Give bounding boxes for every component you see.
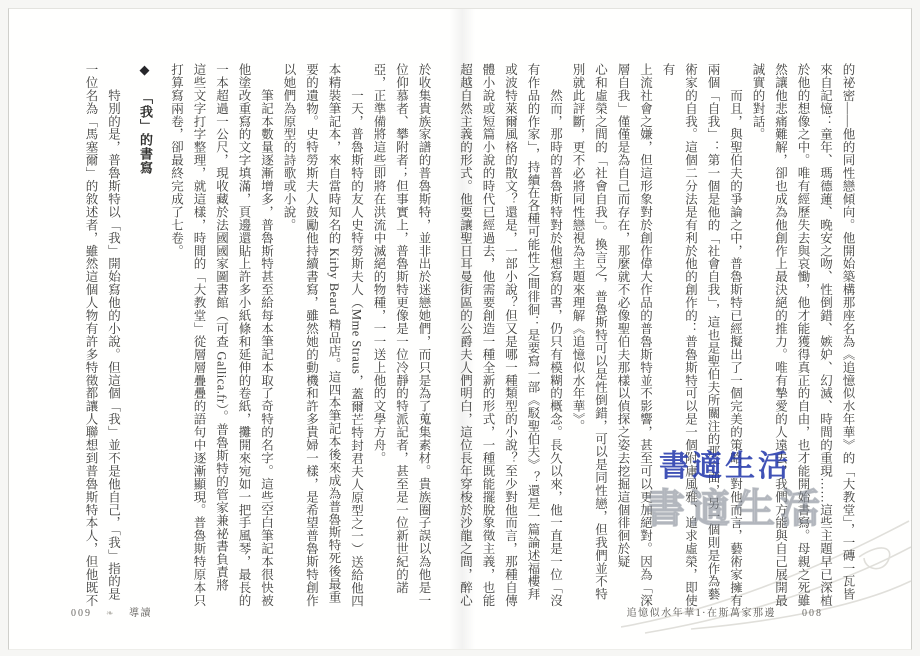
text-column: 以她們為原型的詩歌或小說。 [278, 63, 301, 611]
text-column: 打算寫兩卷，卻最終完成了七卷。 [165, 63, 188, 611]
fleuron-icon: ❧ [106, 608, 115, 618]
text-column: 超越自然主義的形式。他要讓聖日耳曼街區的公爵夫人們明白，這位長年穿梭於沙龍之間，… [454, 63, 477, 611]
left-page-number: 009 [71, 608, 92, 619]
text-column: 心和虛榮之間的「社會自我」。換言之，普魯斯特可以是性倒錯，可以是同性戀，但我們並… [589, 63, 612, 611]
book-title: 追憶似水年華1·在斯萬家那邊 [627, 608, 776, 619]
right-footer: 追憶似水年華1·在斯萬家那邊008 [627, 604, 823, 619]
text-column: 然而，那時的普魯斯特對於他想寫的書，仍只有模糊的概念。長久以來，他一直是一位「沒 [544, 63, 567, 611]
text-column: 上流社會之嫌，但這形象對於創作偉大作品的普魯斯特並不影響，甚至可以更加絕對。因為… [634, 63, 657, 611]
text-column: 要的遺物。史特勞斯夫人鼓勵他持續書寫，雖然她的動機和許多貴婦一樣，是希望普魯斯特… [300, 63, 323, 611]
text-column: 於他的想像之中。唯有經歷失去與哀慟，他才能獲得真正的自由，也才能開始書寫。母親之… [792, 63, 815, 611]
text-column: 術家的自我。這個二分法是有利於他的創作的：普魯斯特可以是一個附庸風雅、追求虛榮，… [657, 63, 702, 611]
text-column: 而且，與聖伯夫的爭論之中，普魯斯特已經擬出了一個完美的策略。對他而言，藝術家擁有 [724, 63, 747, 611]
text-column: 兩個「自我」：第一個是他的「社會自我」，這也是聖伯夫所關注的那一面，另一個則是作… [702, 63, 725, 611]
right-page: 的祕密——他的同性戀傾向。他開始築構那座名為《追憶似水年華》的「大教堂」，一磚一… [459, 9, 911, 649]
left-text-before-header: 於收集貴族家譜的普魯斯特，並非出於迷戀她們，而只是為了蒐集素材。貴族圈子誤以為他… [165, 63, 435, 611]
left-page-text: 於收集貴族家譜的普魯斯特，並非出於迷戀她們，而只是為了蒐集素材。貴族圈子誤以為他… [80, 63, 436, 611]
text-column: 於收集貴族家譜的普魯斯特，並非出於迷戀她們，而只是為了蒐集素材。貴族圈子誤以為他… [413, 63, 436, 611]
text-column: 一本超過一公尺，現收藏於法國國家圖書館（可查 Gallica.fr）。普魯斯特的… [210, 63, 233, 611]
text-column: 體小說或短篇小說的時代已經過去，他需要創造一種全新的形式，一種既能擺脫象徵主義，… [477, 63, 500, 611]
book-spread: 於收集貴族家譜的普魯斯特，並非出於迷戀她們，而只是為了蒐集素材。貴族圈子誤以為他… [8, 8, 912, 650]
text-column: 一天，普魯斯特的友人史特勞斯夫人（Mme Straus，蓋爾芒特封君夫人原型之一… [345, 63, 368, 611]
text-column: 本精裝筆記本，來自當時知名的 Kirby Beard 精品店。這四本筆記本後來成… [323, 63, 346, 611]
text-column: 來自記憶：童年、瑪德蓮、晚安之吻、性倒錯、嫉妒、幻滅、時間的重現……這些主題早已… [814, 63, 837, 611]
text-column: 亞，正準備將這些即將在洪流中滅絕的物種，一一送上他的文學方舟。 [368, 63, 391, 611]
section-title: 「我」的書寫 [138, 79, 153, 175]
text-column: 誠實的對話。 [747, 63, 770, 611]
left-text-after-header: 特別的是，普魯斯特以「我」開始寫他的小說。但這個「我」並不是他自己，「我」指的是… [80, 63, 125, 611]
text-column: 層自我」僅僅是為自己而存在，那麼就不必像聖伯夫那樣以偵探之姿去挖掘這個徘徊於疑 [612, 63, 635, 611]
text-column: 筆記本數量逐漸增多，普魯斯特甚至給每本筆記本取了奇特的名字。這些空白筆記本很快被 [255, 63, 278, 611]
text-column: 位仰慕者、攀附者；但事實上，普魯斯特更像是一位冷靜的特派記者，甚至是一位新世紀的… [390, 63, 413, 611]
section-name: 導讀 [129, 608, 152, 619]
diamond-marker-icon: ◆ [138, 63, 153, 79]
right-page-text: 的祕密——他的同性戀傾向。他開始築構那座名為《追憶似水年華》的「大教堂」，一磚一… [454, 63, 859, 611]
left-page: 於收集貴族家譜的普魯斯特，並非出於迷戀她們，而只是為了蒐集素材。貴族圈子誤以為他… [9, 9, 461, 649]
text-column: 的祕密——他的同性戀傾向。他開始築構那座名為《追憶似水年華》的「大教堂」，一磚一… [837, 63, 860, 611]
text-column: 有作品的作家」，持續在各種可能性之間徘徊：是要寫一部《駁聖伯夫》？還是一篇論述福… [522, 63, 545, 611]
text-column: 或波特萊爾風格的散文？還是，一部小說？但又是哪一種類型的小說？至少對他而言，那種… [499, 63, 522, 611]
text-column: 然讓他悲痛難解，卻也成為他創作上最決絕的推力。唯有摯愛的人遠去，我們方能與自己展… [769, 63, 792, 611]
right-text-columns: 的祕密——他的同性戀傾向。他開始築構那座名為《追憶似水年華》的「大教堂」，一磚一… [454, 63, 859, 611]
left-footer: 009❧導讀 [71, 604, 152, 619]
text-column: 一位名為「馬塞爾」的敘述者，雖然這個人物有許多特徵都讓人聯想到普魯斯特本人，但他… [80, 63, 103, 611]
text-column: 這些文字打字整理，就這樣，時間的「大教堂」從層層疊疊的語句中逐漸顯現。普魯斯特原… [188, 63, 211, 611]
section-header: ◆「我」的書寫 [134, 63, 157, 611]
text-column: 別就此評斷，更不必將同性戀視為主題來理解《追憶似水年華》。 [567, 63, 590, 611]
right-page-number: 008 [802, 608, 823, 619]
text-column: 特別的是，普魯斯特以「我」開始寫他的小說。但這個「我」並不是他自己，「我」指的是 [102, 63, 125, 611]
text-column: 他塗改重寫的文字填滿，頁邊還貼上許多小紙條和延伸的卷紙，攤開來宛如一把手風琴，最… [233, 63, 256, 611]
